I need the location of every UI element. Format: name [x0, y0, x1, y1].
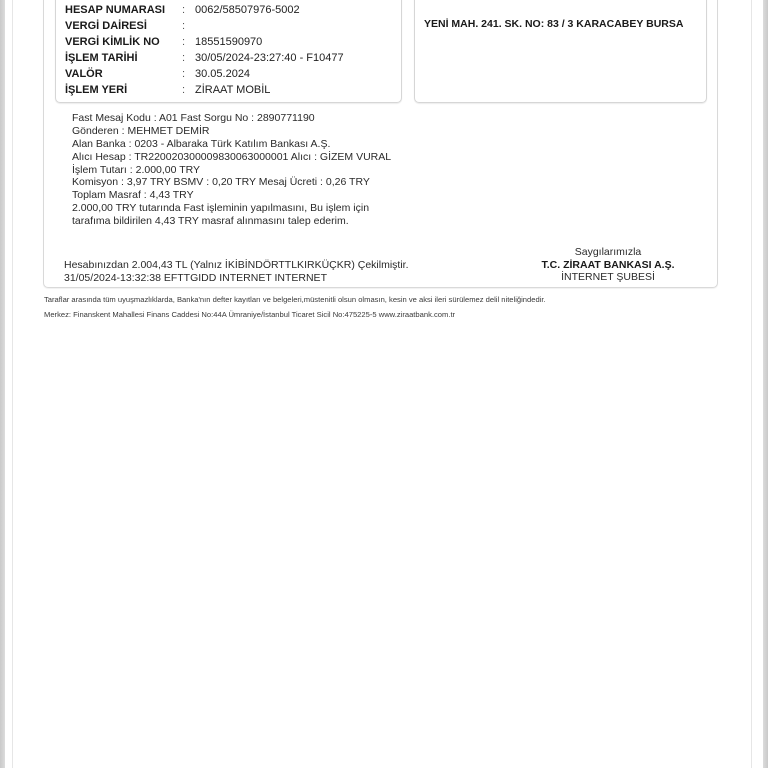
signature-bank-name: T.C. ZİRAAT BANKASI A.Ş. — [508, 259, 708, 272]
detail-line-receiving-bank: Alan Banka : 0203 - Albaraka Türk Katılı… — [72, 138, 391, 151]
signature-greeting: Saygılarımızla — [508, 246, 708, 259]
info-separator: : — [182, 50, 185, 66]
customer-address: YENİ MAH. 241. SK. NO: 83 / 3 KARACABEY … — [424, 18, 683, 30]
footer-headquarters: Merkez: Finanskent Mahallesi Finans Cadd… — [44, 307, 546, 322]
page-border-left — [12, 0, 13, 768]
info-value: 18551590970 — [195, 34, 262, 50]
detail-line-fees: Komisyon : 3,97 TRY BSMV : 0,20 TRY Mesa… — [72, 176, 391, 189]
info-value: 30.05.2024 — [195, 66, 250, 82]
detail-line-amount: İşlem Tutarı : 2.000,00 TRY — [72, 164, 391, 177]
info-value: 30/05/2024-23:27:40 - F10477 — [195, 50, 344, 66]
info-separator: : — [182, 66, 185, 82]
detail-line-total-fee: Toplam Masraf : 4,43 TRY — [72, 189, 391, 202]
info-label: VALÖR — [65, 66, 103, 82]
detail-line-consent-1: 2.000,00 TRY tutarında Fast işleminin ya… — [72, 202, 391, 215]
info-label: İŞLEM TARİHİ — [65, 50, 138, 66]
document-viewer: HESAP NUMARASI:0062/58507976-5002VERGİ D… — [0, 0, 768, 768]
detail-line-fast-code: Fast Mesaj Kodu : A01 Fast Sorgu No : 28… — [72, 112, 391, 125]
info-label: VERGİ KİMLİK NO — [65, 34, 160, 50]
info-separator: : — [182, 82, 185, 98]
detail-line-consent-2: tarafıma bildirilen 4,43 TRY masraf alın… — [72, 215, 391, 228]
info-label: VERGİ DAİRESİ — [65, 18, 147, 34]
info-separator: : — [182, 18, 185, 34]
signature-branch: İNTERNET ŞUBESİ — [508, 271, 708, 284]
footer-disclaimer: Taraflar arasında tüm uyuşmazlıklarda, B… — [44, 292, 546, 307]
detail-line-recipient-account: Alıcı Hesap : TR220020300009830063000001… — [72, 151, 391, 164]
withdrawal-amount-line: Hesabınızdan 2.004,43 TL (Yalnız İKİBİND… — [64, 259, 409, 272]
info-value: 0062/58507976-5002 — [195, 2, 300, 18]
viewer-left-edge — [0, 0, 5, 768]
info-separator: : — [182, 2, 185, 18]
info-separator: : — [182, 34, 185, 50]
signature-block: Saygılarımızla T.C. ZİRAAT BANKASI A.Ş. … — [508, 246, 708, 284]
withdrawal-statement: Hesabınızdan 2.004,43 TL (Yalnız İKİBİND… — [64, 259, 409, 284]
legal-footer: Taraflar arasında tüm uyuşmazlıklarda, B… — [44, 292, 546, 322]
info-label: İŞLEM YERİ — [65, 82, 127, 98]
page-border-right — [751, 0, 752, 768]
withdrawal-timestamp-line: 31/05/2024-13:32:38 EFTTGIDD INTERNET IN… — [64, 272, 409, 285]
transaction-details: Fast Mesaj Kodu : A01 Fast Sorgu No : 28… — [72, 112, 391, 228]
info-label: HESAP NUMARASI — [65, 2, 165, 18]
info-value: ZİRAAT MOBİL — [195, 82, 270, 98]
address-box — [414, 0, 707, 103]
viewer-right-edge — [763, 0, 768, 768]
detail-line-sender: Gönderen : MEHMET DEMİR — [72, 125, 391, 138]
